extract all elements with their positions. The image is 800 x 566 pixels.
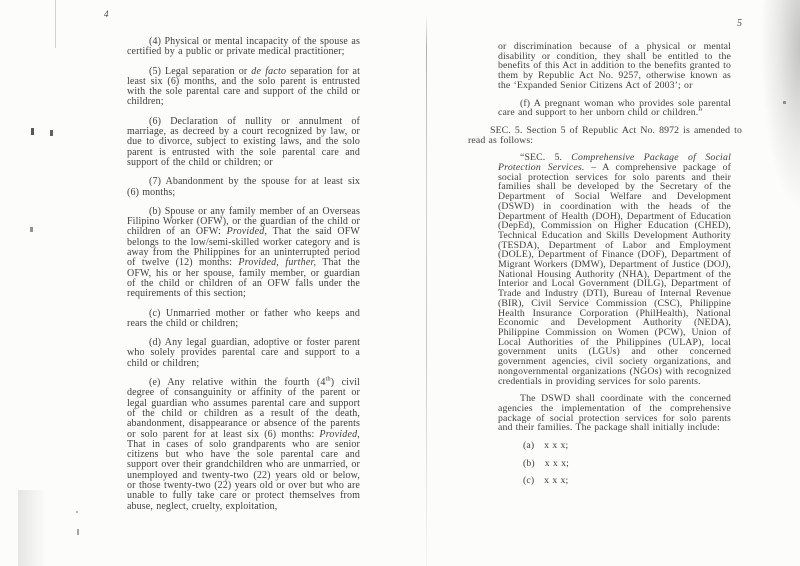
page-fold-line (426, 14, 427, 566)
paragraph: (c) Unmarried mother or father who keeps… (127, 309, 360, 330)
paragraph: (6) Declaration of nullity or annulment … (127, 117, 360, 168)
paragraph: “SEC. 5. Comprehensive Package of Social… (498, 153, 731, 386)
paragraph: SEC. 5. Section 5 of Republic Act No. 89… (468, 126, 742, 145)
ink-speck (783, 101, 786, 104)
left-page-text-column: (4) Physical or mental incapacity of the… (127, 37, 360, 521)
page-number-right: 5 (737, 18, 742, 29)
paragraph: (c) x x x; (523, 476, 742, 486)
ink-speck (50, 130, 53, 136)
paragraph: (b) Spouse or any family member of an Ov… (127, 207, 360, 300)
paragraph: (7) Abandonment by the spouse for at lea… (127, 177, 360, 198)
scan-shadow-right (754, 0, 800, 370)
paragraph: The DSWD shall coordinate with the conce… (498, 394, 731, 433)
ink-speck (30, 227, 33, 232)
paragraph: (4) Physical or mental incapacity of the… (127, 37, 360, 58)
paragraph: (b) x x x; (523, 459, 742, 469)
ink-speck (77, 529, 79, 535)
paragraph: (d) Any legal guardian, adoptive or fost… (127, 338, 360, 369)
scan-edge-line (55, 0, 56, 48)
paragraph: or discrimination because of a physical … (498, 42, 731, 91)
paragraph: (a) x x x; (523, 441, 742, 451)
page-number-left: 4 (104, 9, 109, 19)
paragraph: (f) A pregnant woman who provides sole p… (498, 99, 731, 118)
document-scan: 4 5 (4) Physical or mental incapacity of… (0, 0, 800, 566)
ink-speck (76, 511, 78, 513)
paragraph: (5) Legal separation or de facto separat… (127, 67, 360, 108)
paragraph: (e) Any relative within the fourth (4th)… (127, 378, 360, 512)
ink-speck (31, 128, 34, 135)
scan-shadow-bottom-left (18, 490, 46, 566)
right-page-text-column: or discrimination because of a physical … (468, 42, 742, 494)
